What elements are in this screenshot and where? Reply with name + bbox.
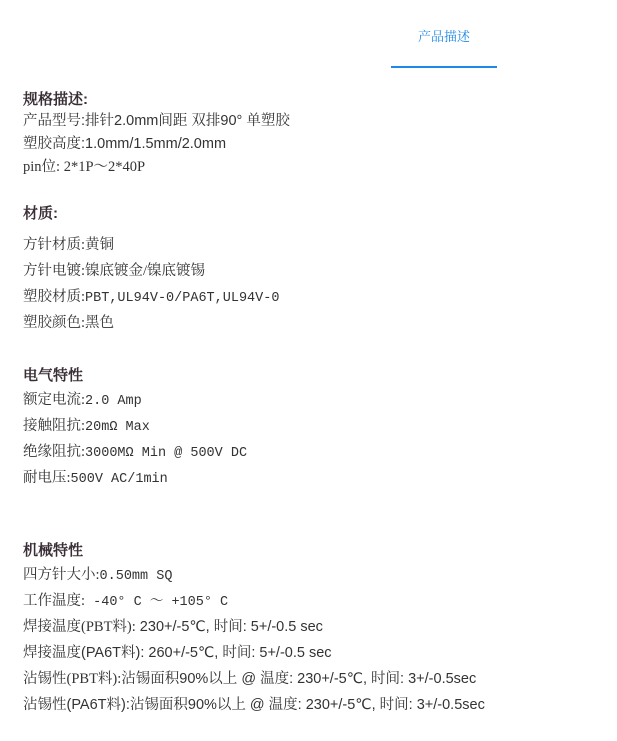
material-label: 塑胶材质: (23, 289, 85, 305)
active-tab-indicator (391, 66, 497, 68)
material-label: 方针材质: (23, 237, 85, 253)
electrical-label: 额定电流: (23, 392, 85, 408)
spec-value: 排针2.0mm间距 双排90° 单塑胶 (85, 113, 290, 129)
electrical-line: 额定电流:2.0 Amp (23, 387, 247, 413)
mechanical-value: 0.50mm SQ (100, 569, 173, 584)
mechanical-label: 沾锡性(PA6T料): (23, 697, 130, 713)
electrical-value: 3000MΩ Min @ 500V DC (85, 446, 247, 461)
electrical-label: 接触阻抗: (23, 418, 85, 434)
mechanical-label: 工作温度: (23, 593, 85, 609)
tab-bar: 产品描述 (0, 0, 617, 70)
electrical-line: 绝缘阻抗:3000MΩ Min @ 500V DC (23, 439, 247, 465)
tab-label: 产品描述 (391, 26, 497, 45)
electrical-value: 20mΩ Max (85, 420, 150, 435)
mechanical-line: 焊接温度(PBT料): 230+/-5℃, 时间: 5+/-0.5 sec (23, 614, 485, 640)
mechanical-line: 沾锡性(PA6T料):沾锡面积90%以上 @ 温度: 230+/-5℃, 时间:… (23, 692, 485, 718)
material-label: 方针电镀: (23, 263, 85, 279)
electrical-label: 耐电压: (23, 470, 71, 486)
section-heading: 机械特性 (23, 541, 485, 561)
mechanical-value: 沾锡面积90%以上 @ 温度: 230+/-5℃, 时间: 3+/-0.5sec (121, 671, 476, 687)
spec-line: pin位: 2*1P～2*40P (23, 156, 290, 179)
mechanical-label: 焊接温度(PBT料): (23, 619, 136, 635)
spec-line: 塑胶高度:1.0mm/1.5mm/2.0mm (23, 133, 290, 156)
section-heading: 材质: (23, 204, 279, 224)
mechanical-line: 工作温度: -40° C ～ +105° C (23, 588, 485, 614)
electrical-label: 绝缘阻抗: (23, 444, 85, 460)
mechanical-line: 焊接温度(PA6T料): 260+/-5℃, 时间: 5+/-0.5 sec (23, 640, 485, 666)
material-line: 塑胶颜色:黑色 (23, 310, 279, 336)
spec-section: 规格描述: 产品型号:排针2.0mm间距 双排90° 单塑胶 塑胶高度:1.0m… (23, 90, 290, 179)
spec-value: 1.0mm/1.5mm/2.0mm (85, 136, 226, 152)
material-value: 黄铜 (85, 237, 114, 253)
electrical-value: 2.0 Amp (85, 394, 142, 409)
mechanical-value: 260+/-5℃, 时间: 5+/-0.5 sec (144, 645, 331, 661)
mechanical-line: 四方针大小:0.50mm SQ (23, 562, 485, 588)
mechanical-value: 230+/-5℃, 时间: 5+/-0.5 sec (136, 619, 323, 635)
section-heading: 规格描述: (23, 90, 290, 110)
section-heading: 电气特性 (23, 366, 247, 386)
electrical-section: 电气特性 额定电流:2.0 Amp 接触阻抗:20mΩ Max 绝缘阻抗:300… (23, 366, 247, 491)
mechanical-value: -40° C ～ +105° C (85, 595, 228, 610)
electrical-line: 耐电压:500V AC/1min (23, 465, 247, 491)
spec-value: 2*1P～2*40P (60, 159, 145, 175)
spec-label: 产品型号: (23, 113, 85, 129)
material-line: 塑胶材质:PBT,UL94V-0/PA6T,UL94V-0 (23, 284, 279, 310)
tab-product-description[interactable]: 产品描述 (391, 0, 497, 70)
material-line: 方针电镀:镍底镀金/镍底镀锡 (23, 258, 279, 284)
material-value: PBT,UL94V-0/PA6T,UL94V-0 (85, 291, 279, 306)
material-value: 黑色 (85, 315, 114, 331)
mechanical-section: 机械特性 四方针大小:0.50mm SQ 工作温度: -40° C ～ +105… (23, 541, 485, 718)
mechanical-line: 沾锡性(PBT料):沾锡面积90%以上 @ 温度: 230+/-5℃, 时间: … (23, 666, 485, 692)
electrical-value: 500V AC/1min (71, 472, 168, 487)
mechanical-value: 沾锡面积90%以上 @ 温度: 230+/-5℃, 时间: 3+/-0.5sec (130, 697, 485, 713)
spec-label: pin位: (23, 159, 60, 175)
electrical-line: 接触阻抗:20mΩ Max (23, 413, 247, 439)
material-section: 材质: 方针材质:黄铜 方针电镀:镍底镀金/镍底镀锡 塑胶材质:PBT,UL94… (23, 204, 279, 336)
mechanical-label: 沾锡性(PBT料): (23, 671, 121, 687)
material-line: 方针材质:黄铜 (23, 232, 279, 258)
spec-label: 塑胶高度: (23, 136, 85, 152)
mechanical-label: 焊接温度(PA6T料): (23, 645, 144, 661)
mechanical-label: 四方针大小: (23, 567, 100, 583)
spec-line: 产品型号:排针2.0mm间距 双排90° 单塑胶 (23, 110, 290, 133)
material-label: 塑胶颜色: (23, 315, 85, 331)
material-value: 镍底镀金/镍底镀锡 (85, 263, 205, 279)
